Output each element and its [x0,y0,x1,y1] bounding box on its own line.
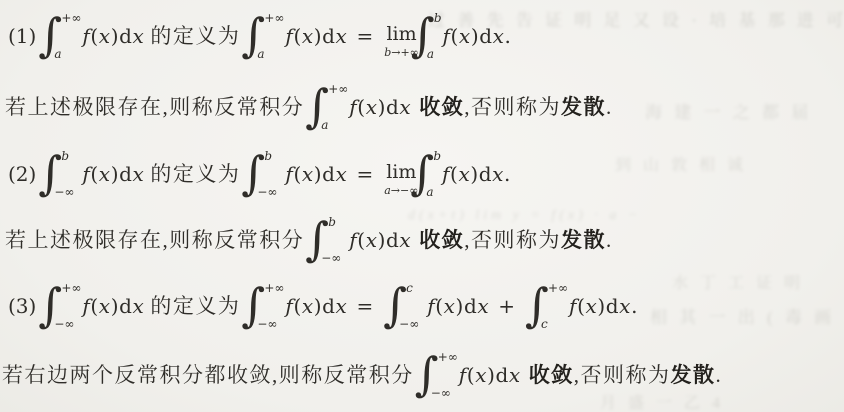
text-line-2: 若上述极限存在,则称反常积分∫+∞af(x)dx收敛,否则称为发散. [0,72,844,142]
text-line-3: (2)∫b−∞f(x)dx的定义为∫b−∞f(x)dx=lima→−∞∫baf(… [0,142,844,206]
bold-keyword: 发散 [561,97,606,118]
bold-keyword: 收敛 [529,365,574,386]
math-expression: f(x)dx [82,296,144,316]
integral-upper-limit: +∞ [438,351,458,363]
integral-lower-limit: a [427,48,435,60]
text-line-4: 若上述极限存在,则称反常积分∫b−∞f(x)dx收敛,否则称为发散. [0,206,844,274]
integral-upper-limit: +∞ [264,282,284,294]
integral-symbol: ∫+∞c [525,281,566,331]
integral-upper-limit: b [433,150,441,162]
chinese-text: ,否则称为 [464,97,561,118]
bold-keyword: 收敛 [419,97,464,118]
math-expression: f(x)dx [285,26,347,46]
integral-limits: b−∞ [262,149,282,199]
math-expression: f(x)dx [349,97,411,117]
integral-limits: +∞a [59,11,79,61]
integral-symbol: ∫+∞a [241,11,282,61]
math-expression: f(x)dx. [443,26,512,46]
integral-upper-limit: +∞ [548,282,568,294]
item-number: (1) [8,26,36,46]
integral-symbol: ∫ba [411,11,440,61]
integral-upper-limit: +∞ [61,12,81,24]
math-expression: f(x)dx. [569,296,638,316]
integral-limits: +∞a [262,11,282,61]
integral-limits: +∞−∞ [59,281,79,331]
math-expression: f(x)dx [82,164,144,184]
math-expression: f(x)dx [349,230,411,250]
integral-limits: b−∞ [326,215,346,265]
operator: + [498,296,515,316]
integral-limits: b−∞ [59,149,79,199]
math-expression: f(x)dx [285,164,347,184]
text-line-1: (1)∫+∞af(x)dx的定义为∫+∞af(x)dx=limb→+∞∫baf(… [0,0,844,72]
integral-symbol: ∫+∞a [38,11,79,61]
integral-symbol: ∫b−∞ [305,215,346,265]
math-expression: f(x)dx [82,26,144,46]
math-expression: f(x)dx. [442,164,511,184]
chinese-text: 的定义为 [150,164,240,185]
integral-symbol: ∫b−∞ [38,149,79,199]
integral-upper-limit: +∞ [61,282,81,294]
integral-limits: +∞c [546,281,566,331]
integral-symbol: ∫+∞−∞ [241,281,282,331]
integral-lower-limit: c [541,318,561,330]
integral-lower-limit: −∞ [54,318,74,330]
integral-limits: c−∞ [404,281,424,331]
integral-upper-limit: c [406,282,426,294]
bold-keyword: 收敛 [419,230,464,251]
integral-symbol: ∫c−∞ [383,281,424,331]
text-line-5: (3)∫+∞−∞f(x)dx的定义为∫+∞−∞f(x)dx=∫c−∞f(x)dx… [0,274,844,338]
integral-lower-limit: −∞ [54,186,74,198]
integral-symbol: ∫ba [410,149,439,199]
scanned-textbook-page: { "document": { "kind": "scanned textboo… [0,0,844,412]
operator: = [356,164,373,184]
integral-lower-limit: −∞ [257,186,277,198]
integral-upper-limit: +∞ [328,83,348,95]
integral-lower-limit: −∞ [257,318,277,330]
integral-lower-limit: −∞ [321,252,341,264]
integral-lower-limit: a [257,48,277,60]
integral-upper-limit: b [61,150,81,162]
chinese-text: 的定义为 [150,296,240,317]
chinese-text: 若右边两个反常积分都收敛,则称反常积分 [2,365,414,386]
spacer [411,240,419,241]
item-number: (3) [8,296,36,316]
integral-lower-limit: a [321,119,341,131]
math-expression: f(x)dx [427,296,489,316]
integral-upper-limit: b [434,12,442,24]
operator: = [356,26,373,46]
operator: = [356,296,373,316]
integral-limits: +∞−∞ [436,350,456,400]
integral-upper-limit: b [264,150,284,162]
item-number: (2) [8,164,36,184]
integral-upper-limit: b [328,216,348,228]
bold-keyword: 发散 [561,230,606,251]
text-line-6: 若右边两个反常积分都收敛,则称反常积分∫+∞−∞f(x)dx收敛,否则称为发散. [0,338,844,412]
integral-lower-limit: −∞ [431,387,451,399]
integral-lower-limit: −∞ [399,318,419,330]
integral-symbol: ∫+∞a [305,82,346,132]
integral-symbol: ∫+∞−∞ [415,350,456,400]
chinese-text: 若上述极限存在,则称反常积分 [5,230,304,251]
integral-lower-limit: a [54,48,74,60]
integral-symbol: ∫b−∞ [241,149,282,199]
page-text-block: (1)∫+∞af(x)dx的定义为∫+∞af(x)dx=limb→+∞∫baf(… [0,0,844,412]
chinese-text: . [606,97,613,118]
integral-upper-limit: +∞ [264,12,284,24]
chinese-text: . [716,365,723,386]
integral-limits: +∞−∞ [262,281,282,331]
spacer [521,375,529,376]
math-expression: f(x)dx [285,296,347,316]
bold-keyword: 发散 [671,365,716,386]
chinese-text: . [606,230,613,251]
chinese-text: ,否则称为 [464,230,561,251]
integral-limits: +∞a [326,82,346,132]
spacer [411,107,419,108]
chinese-text: 的定义为 [150,26,240,47]
integral-lower-limit: a [426,186,434,198]
chinese-text: 若上述极限存在,则称反常积分 [5,97,304,118]
math-expression: f(x)dx [459,365,521,385]
chinese-text: ,否则称为 [574,365,671,386]
integral-symbol: ∫+∞−∞ [38,281,79,331]
